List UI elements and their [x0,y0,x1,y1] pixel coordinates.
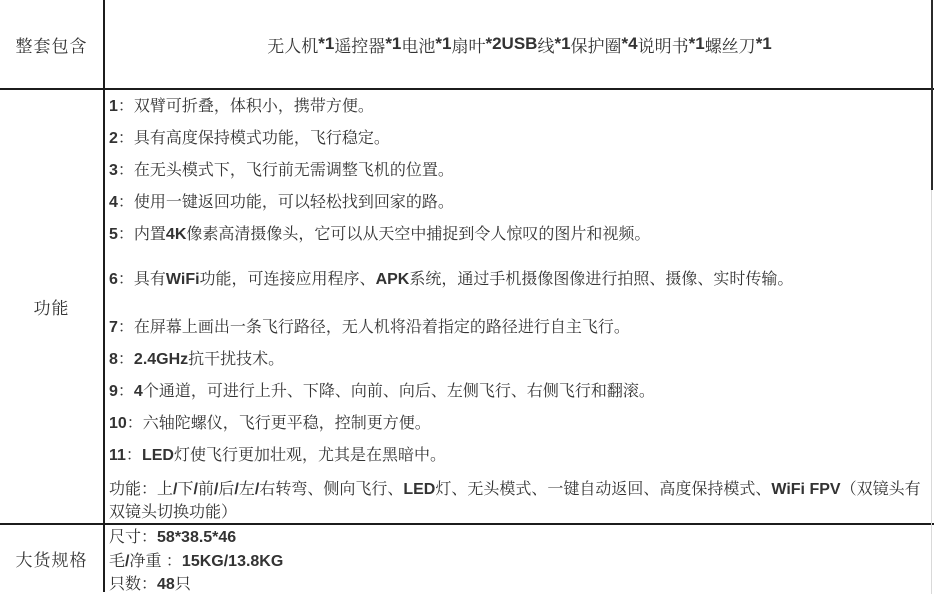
feature-item-9: 9：4个通道，可进行上升、下降、向前、向后、左侧飞行、右侧飞行和翻滚。 [109,382,930,402]
feature-item-10: 10：六轴陀螺仪，飞行更平稳，控制更方便。 [109,414,930,434]
feature-item-4: 4：使用一键返回功能，可以轻松找到回家的路。 [109,193,930,213]
feature-item-5: 5：内置4K像素高清摄像头，它可以从天空中捕捉到令人惊叹的图片和视频。 [109,225,930,245]
spec-weight: 毛/净重 ：15KG/13.8KG [109,550,930,574]
package-contents-value: 无人机*1 遥控器*1 电池*1 扇叶*2 USB线*1 保护圈*4 说明书*1… [105,0,934,88]
product-spec-table: 整套包含 无人机*1 遥控器*1 电池*1 扇叶*2 USB线*1 保护圈*4 … [0,0,934,594]
feature-item-6: 6：具有WiFi功能，可连接应用程序、APK系统，通过手机摄像图像进行拍照、摄像… [109,257,930,290]
bulk-spec-list: 尺寸：58*38.5*46 毛/净重 ：15KG/13.8KG 只数：48只 [105,525,934,592]
feature-item-1: 1：双臂可折叠，体积小，携带方便。 [109,97,930,117]
package-contents-row: 整套包含 无人机*1 遥控器*1 电池*1 扇叶*2 USB线*1 保护圈*4 … [0,0,934,90]
bulk-spec-label: 大货规格 [0,525,105,592]
feature-item-2: 2：具有高度保持模式功能，飞行稳定。 [109,129,930,149]
features-list: 1：双臂可折叠，体积小，携带方便。 2：具有高度保持模式功能，飞行稳定。 3：在… [105,90,934,523]
features-row: 功能 1：双臂可折叠，体积小，携带方便。 2：具有高度保持模式功能，飞行稳定。 … [0,90,934,525]
spec-count: 只数：48只 [109,573,930,594]
feature-item-8: 8：2.4GHz抗干扰技术。 [109,350,930,370]
features-label: 功能 [0,90,105,523]
feature-item-3: 3：在无头模式下，飞行前无需调整飞机的位置。 [109,161,930,181]
feature-item-11: 11：LED灯使飞行更加壮观，尤其是在黑暗中。 [109,446,930,466]
spec-size: 尺寸：58*38.5*46 [109,526,930,550]
feature-item-7: 7：在屏幕上画出一条飞行路径，无人机将沿着指定的路径进行自主飞行。 [109,302,930,338]
bulk-spec-row: 大货规格 尺寸：58*38.5*46 毛/净重 ：15KG/13.8KG 只数：… [0,525,934,592]
table-right-border-dark [931,0,933,190]
table-right-border-faint [931,190,932,594]
package-contents-label: 整套包含 [0,0,105,88]
features-summary: 功能：上/下/前/后/左/右转弯、侧向飞行、LED灯、无头模式、一键自动返回、高… [109,478,930,524]
